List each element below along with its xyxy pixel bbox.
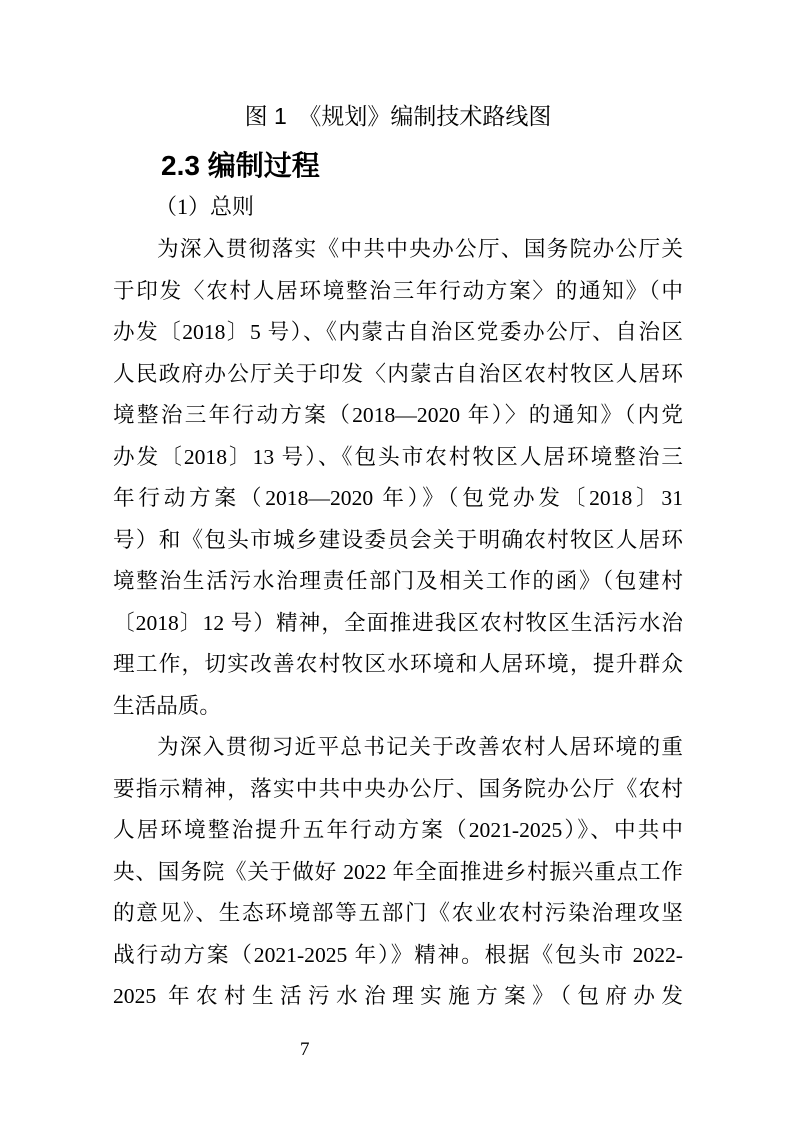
document-page: 图 1 《规划》编制技术路线图 2.3 编制过程 （1）总则 为深入贯彻落实《中… (0, 0, 793, 1122)
text-line: 为深入贯彻习近平总书记关于改善农村人居环境的重 (113, 727, 683, 769)
text-line: 人民政府办公厅关于印发〈内蒙古自治区农村牧区人居环 (113, 354, 683, 396)
text-line: 〔2018〕12 号）精神，全面推进我区农村牧区生活污水治 (113, 603, 683, 645)
figure-caption: 图 1 《规划》编制技术路线图 (113, 99, 683, 133)
text-line: 办发〔2018〕13 号）、《包头市农村牧区人居环境整治三 (113, 437, 683, 479)
subsection-heading: （1）总则 (113, 189, 683, 225)
page-number: 7 (300, 1036, 330, 1064)
text-line: 境整治三年行动方案（2018—2020 年）〉的通知》（内党 (113, 395, 683, 437)
document-body: 为深入贯彻落实《中共中央办公厅、国务院办公厅关于印发〈农村人居环境整治三年行动方… (113, 229, 683, 1018)
text-line: 于印发〈农村人居环境整治三年行动方案〉的通知》（中 (113, 271, 683, 313)
text-line: 年行动方案（2018—2020 年）》（包党办发〔2018〕31 (113, 478, 683, 520)
text-line: 理工作，切实改善农村牧区水环境和人居环境，提升群众 (113, 644, 683, 686)
text-line: 生活品质。 (113, 686, 683, 728)
text-line: 2025 年农村生活污水治理实施方案》（包府办发 (113, 976, 683, 1018)
text-line: 人居环境整治提升五年行动方案（2021-2025）》、中共中 (113, 810, 683, 852)
text-line: 境整治生活污水治理责任部门及相关工作的函》（包建村 (113, 561, 683, 603)
text-line: 的意见》、生态环境部等五部门《农业农村污染治理攻坚 (113, 893, 683, 935)
text-line: 办发〔2018〕5 号）、《内蒙古自治区党委办公厅、自治区 (113, 312, 683, 354)
text-line: 号）和《包头市城乡建设委员会关于明确农村牧区人居环 (113, 520, 683, 562)
text-line: 要指示精神，落实中共中央办公厅、国务院办公厅《农村 (113, 769, 683, 811)
text-line: 战行动方案（2021-2025 年）》精神。根据《包头市 2022- (113, 935, 683, 977)
text-line: 央、国务院《关于做好 2022 年全面推进乡村振兴重点工作 (113, 852, 683, 894)
text-line: 为深入贯彻落实《中共中央办公厅、国务院办公厅关 (113, 229, 683, 271)
section-heading: 2.3 编制过程 (113, 146, 683, 186)
